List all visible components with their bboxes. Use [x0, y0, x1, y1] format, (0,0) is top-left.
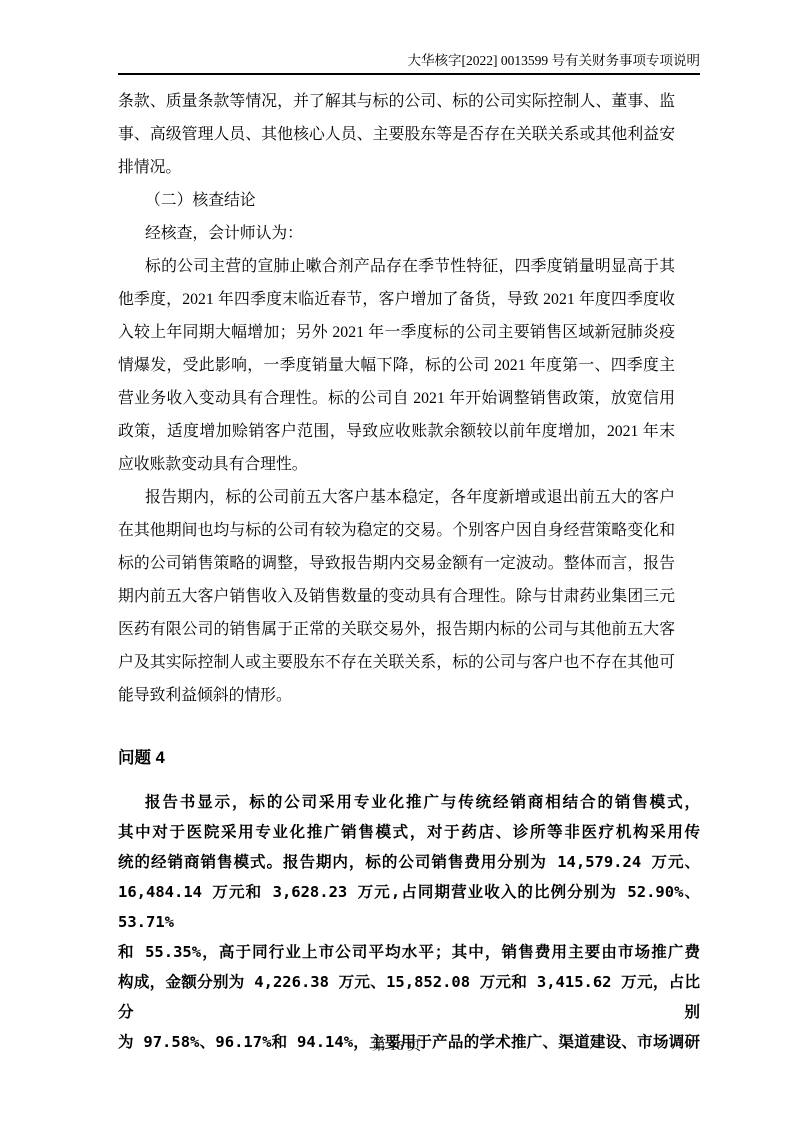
text-line: 期内前五大客户销售收入及销售数量的变动具有合理性。除与甘肃药业集团三元	[118, 580, 675, 613]
text-line: 他季度，2021 年四季度末临近春节，客户增加了备货，导致 2021 年度四季度…	[118, 283, 675, 316]
text-line: 政策，适度增加赊销客户范围，导致应收账款余额较以前年度增加，2021 年末	[118, 415, 675, 448]
paragraph: 报告书显示，标的公司采用专业化推广与传统经销商相结合的销售模式，其中对于医院采用…	[118, 787, 700, 1057]
text-line: （二）核查结论	[118, 184, 675, 217]
text-line: 经核查，会计师认为：	[118, 217, 675, 250]
page-footer: 第 16 页	[0, 1038, 793, 1056]
text-line: 能导致利益倾斜的情形。	[118, 679, 675, 712]
page-number: 第 16 页	[372, 1039, 421, 1054]
text-line: 报告期内，标的公司前五大客户基本稳定，各年度新增或退出前五大的客户	[118, 481, 675, 514]
paragraph: 条款、质量条款等情况，并了解其与标的公司、标的公司实际控制人、董事、监事、高级管…	[118, 85, 675, 184]
paragraph: （二）核查结论	[118, 184, 675, 217]
text-line: 户及其实际控制人或主要股东不存在关联关系，标的公司与客户也不存在其他可	[118, 646, 675, 679]
text-line: 医药有限公司的销售属于正常的关联交易外，报告期内标的公司与其他前五大客	[118, 613, 675, 646]
header-rule	[118, 73, 700, 75]
text-line: 营业务收入变动具有合理性。标的公司自 2021 年开始调整销售政策，放宽信用	[118, 382, 675, 415]
text-line: 情爆发，受此影响，一季度销量大幅下降，标的公司 2021 年度第一、四季度主	[118, 349, 675, 382]
text-line: 入较上年同期大幅增加；另外 2021 年一季度标的公司主要销售区域新冠肺炎疫	[118, 316, 675, 349]
text-line: 其中对于医院采用专业化推广销售模式，对于药店、诊所等非医疗机构采用传	[118, 817, 700, 847]
paragraph: 报告期内，标的公司前五大客户基本稳定，各年度新增或退出前五大的客户在其他期间也均…	[118, 481, 675, 712]
text-line: 和 55.35%，高于同行业上市公司平均水平；其中，销售费用主要由市场推广费	[118, 937, 700, 967]
text-line: 统的经销商销售模式。报告期内，标的公司销售费用分别为 14,579.24 万元、	[118, 847, 700, 877]
text-line: 报告书显示，标的公司采用专业化推广与传统经销商相结合的销售模式，	[118, 787, 700, 817]
text-line: 应收账款变动具有合理性。	[118, 448, 675, 481]
paragraph: 问题 4	[118, 742, 675, 775]
paragraph: 标的公司主营的宣肺止嗽合剂产品存在季节性特征，四季度销量明显高于其他季度，202…	[118, 250, 675, 481]
text-line: 事、高级管理人员、其他核心人员、主要股东等是否存在关联关系或其他利益安	[118, 118, 675, 151]
text-line: 在其他期间也均与标的公司有较为稳定的交易。个别客户因自身经营策略变化和	[118, 514, 675, 547]
text-line: 16,484.14 万元和 3,628.23 万元,占同期营业收入的比例分别为 …	[118, 877, 700, 937]
text-line: 标的公司主营的宣肺止嗽合剂产品存在季节性特征，四季度销量明显高于其	[118, 250, 675, 283]
text-line: 条款、质量条款等情况，并了解其与标的公司、标的公司实际控制人、董事、监	[118, 85, 675, 118]
text-line: 标的公司销售策略的调整，导致报告期内交易金额有一定波动。整体而言，报告	[118, 547, 675, 580]
header-title: 大华核字[2022] 0013599 号有关财务事项专项说明	[118, 52, 700, 70]
text-line: 构成，金额分别为 4,226.38 万元、15,852.08 万元和 3,415…	[118, 967, 700, 1027]
text-line: 排情况。	[118, 151, 675, 184]
page: 大华核字[2022] 0013599 号有关财务事项专项说明 条款、质量条款等情…	[0, 0, 793, 1122]
text-line: 问题 4	[118, 742, 675, 775]
paragraph: 经核查，会计师认为：	[118, 217, 675, 250]
document-body: 条款、质量条款等情况，并了解其与标的公司、标的公司实际控制人、董事、监事、高级管…	[118, 85, 675, 1057]
